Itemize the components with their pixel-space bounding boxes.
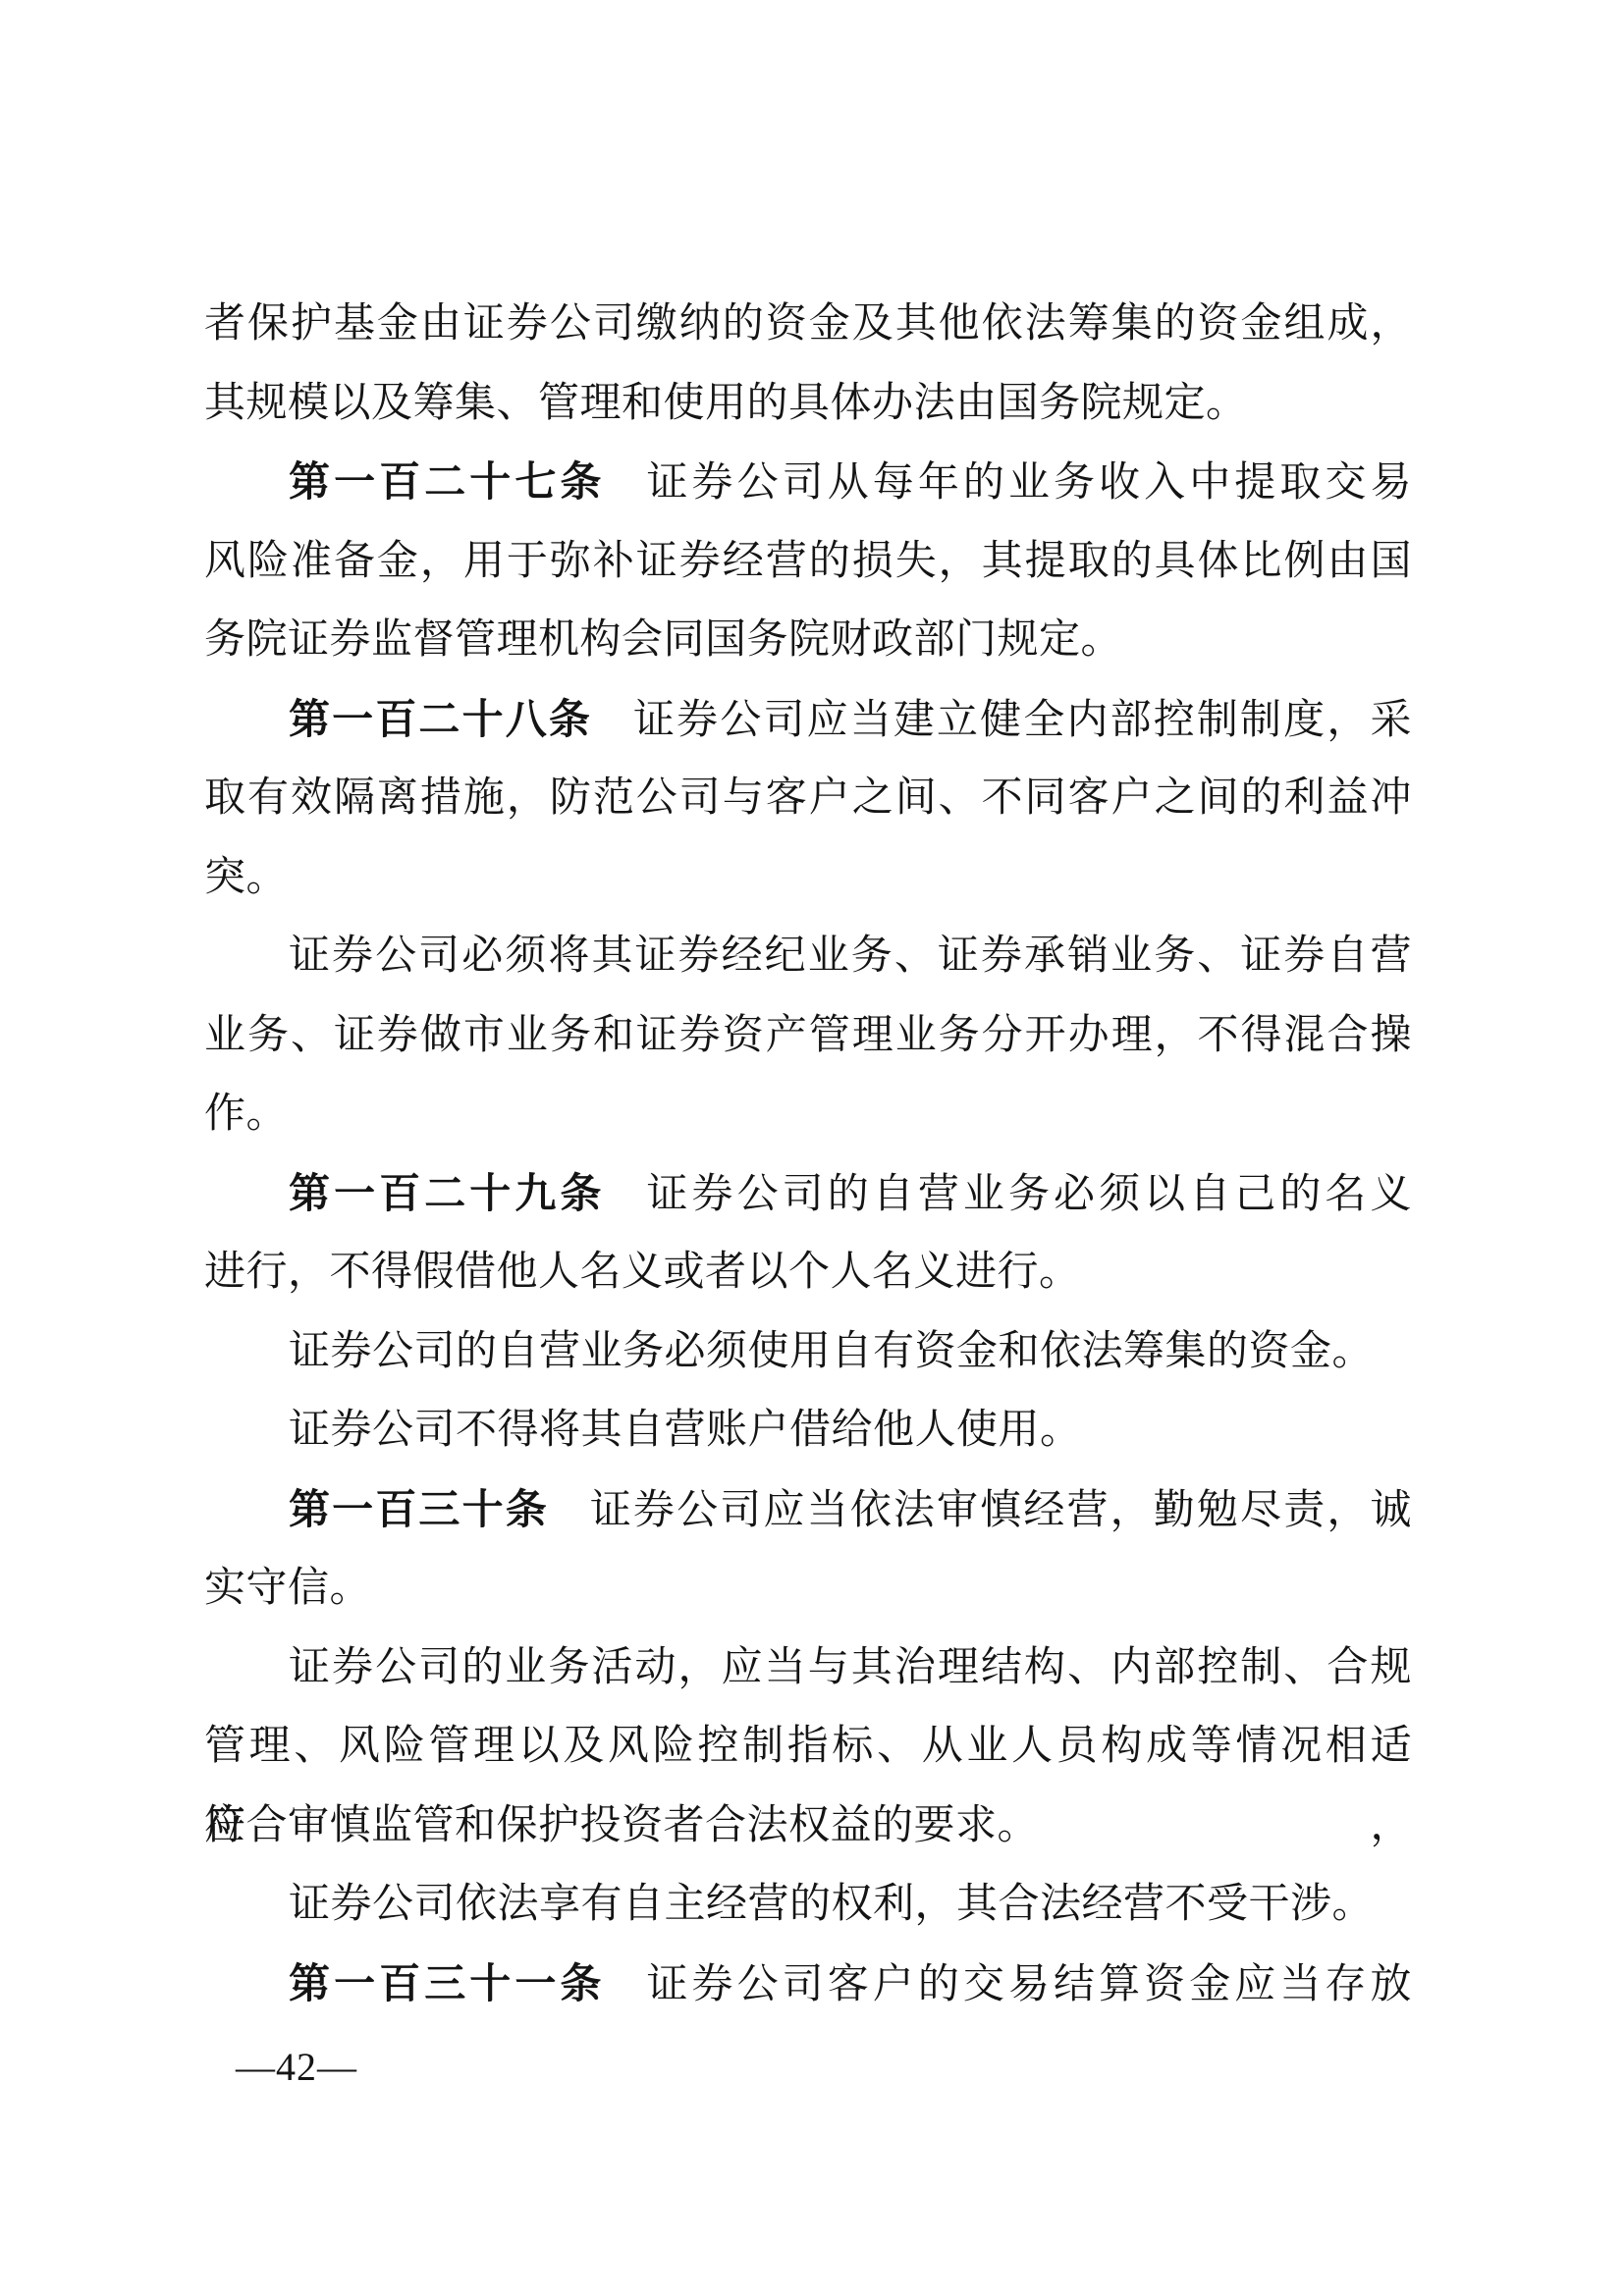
line-text: 证券公司从每年的业务收入中提取交易 [646,460,1412,506]
text-line: 证券公司必须将其证券经纪业务、证券承销业务、证券自营 [204,917,1412,996]
line-text: 突。 [204,855,288,900]
text-line: 第一百二十七条证券公司从每年的业务收入中提取交易 [204,443,1412,522]
line-text: 取有效隔离措施，防范公司与客户之间、不同客户之间的利益冲 [204,775,1412,821]
text-line: 其规模以及筹集、管理和使用的具体办法由国务院规定。 [204,364,1412,444]
text-line: 证券公司依法享有自主经营的权利，其合法经营不受干涉。 [204,1865,1412,1945]
text-line: 务院证券监督管理机构会同国务院财政部门规定。 [204,601,1412,680]
text-line: 作。 [204,1075,1412,1154]
text-line: 证券公司的业务活动，应当与其治理结构、内部控制、合规 [204,1629,1412,1708]
text-line: 第一百二十八条证券公司应当建立健全内部控制制度，采 [204,680,1412,760]
body-text: 者保护基金由证券公司缴纳的资金及其他依法筹集的资金组成，其规模以及筹集、管理和使… [204,285,1412,2023]
text-line: 风险准备金，用于弥补证券经营的损失，其提取的具体比例由国 [204,522,1412,602]
article-number: 第一百二十九条 [289,1170,605,1216]
line-text: 风险准备金，用于弥补证券经营的损失，其提取的具体比例由国 [204,539,1412,584]
line-text: 作。 [204,1092,288,1137]
line-text: 符合审慎监管和保护投资者合法权益的要求。 [204,1803,1039,1848]
text-line: 管理、风险管理以及风险控制指标、从业人员构成等情况相适应， [204,1707,1412,1787]
text-line: 实守信。 [204,1549,1412,1629]
line-text: 者保护基金由证券公司缴纳的资金及其他依法筹集的资金组成， [204,301,1412,347]
line-text: 业务、证券做市业务和证券资产管理业务分开办理，不得混合操 [204,1013,1412,1058]
text-line: 第一百三十条证券公司应当依法审慎经营，勤勉尽责，诚 [204,1470,1412,1550]
text-line: 取有效隔离措施，防范公司与客户之间、不同客户之间的利益冲 [204,759,1412,838]
text-line: 证券公司不得将其自营账户借给他人使用。 [204,1391,1412,1470]
line-text: 证券公司客户的交易结算资金应当存放 [646,1962,1412,2007]
article-number: 第一百二十八条 [289,696,592,742]
line-text: 证券公司应当建立健全内部控制制度，采 [633,698,1412,743]
page-number: —42— [236,2044,357,2091]
text-line: 业务、证券做市业务和证券资产管理业务分开办理，不得混合操 [204,996,1412,1076]
line-text: 其规模以及筹集、管理和使用的具体办法由国务院规定。 [204,381,1248,426]
line-text: 务院证券监督管理机构会同国务院财政部门规定。 [204,617,1122,663]
document-page: 者保护基金由证券公司缴纳的资金及其他依法筹集的资金组成，其规模以及筹集、管理和使… [0,0,1624,2296]
line-text: 证券公司应当依法审慎经营，勤勉尽责，诚 [590,1488,1412,1533]
text-line: 第一百三十一条证券公司客户的交易结算资金应当存放 [204,1945,1412,2024]
text-line: 第一百二十九条证券公司的自营业务必须以自己的名义 [204,1154,1412,1234]
text-line: 进行，不得假借他人名义或者以个人名义进行。 [204,1233,1412,1312]
line-text: 证券公司不得将其自营账户借给他人使用。 [289,1408,1082,1453]
text-line: 证券公司的自营业务必须使用自有资金和依法筹集的资金。 [204,1312,1412,1392]
line-text: 证券公司依法享有自主经营的权利，其合法经营不受干涉。 [289,1882,1374,1927]
text-line: 者保护基金由证券公司缴纳的资金及其他依法筹集的资金组成， [204,285,1412,364]
line-text: 实守信。 [204,1566,371,1611]
text-line: 突。 [204,838,1412,918]
line-text: 证券公司的自营业务必须使用自有资金和依法筹集的资金。 [289,1329,1374,1374]
article-number: 第一百三十一条 [289,1960,605,2006]
line-text: 证券公司的业务活动，应当与其治理结构、内部控制、合规 [289,1645,1412,1690]
line-text: 证券公司的自营业务必须以自己的名义 [646,1172,1412,1217]
article-number: 第一百三十条 [289,1486,549,1532]
line-text: 进行，不得假借他人名义或者以个人名义进行。 [204,1250,1081,1295]
article-number: 第一百二十七条 [289,458,605,505]
line-text: 证券公司必须将其证券经纪业务、证券承销业务、证券自营 [289,934,1412,979]
